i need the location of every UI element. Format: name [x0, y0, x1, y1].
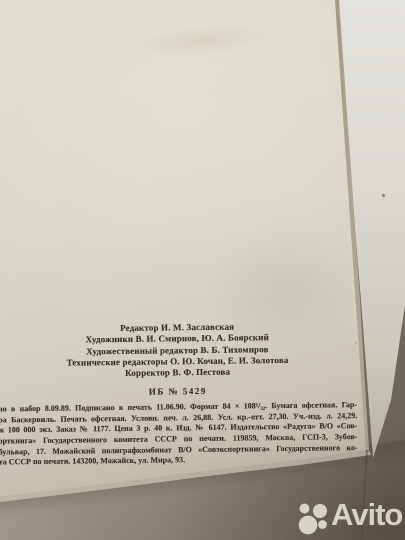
credits-block: Редактор И. М. Заславская Художники В. И… — [27, 320, 328, 380]
imprint-paragraph: но в набор 8.09.89. Подписано в печать 1… — [0, 400, 358, 468]
avito-logo-icon — [294, 499, 330, 535]
ib-number: ИБ № 5429 — [28, 384, 328, 399]
colophon-text: Редактор И. М. Заславская Художники В. И… — [0, 0, 405, 540]
avito-watermark: Avito — [290, 495, 405, 539]
book-photo: Редактор И. М. Заславская Художники В. И… — [0, 0, 405, 540]
avito-wordmark: Avito — [331, 499, 402, 530]
